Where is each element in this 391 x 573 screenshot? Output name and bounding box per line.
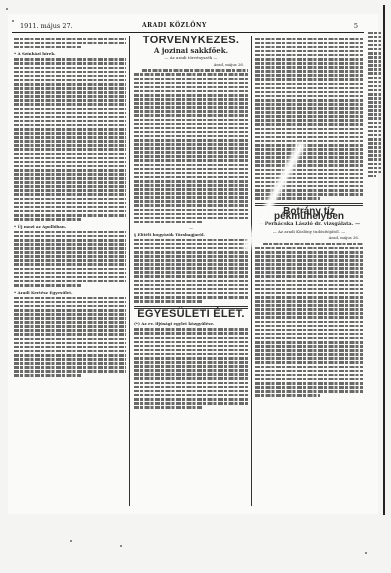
text-line: [134, 204, 248, 207]
text-line: [368, 138, 381, 141]
text-line: [255, 74, 363, 77]
text-line: [14, 189, 126, 192]
text-line: [14, 263, 126, 266]
text-line: [134, 155, 248, 158]
text-line: [255, 267, 363, 270]
text-line: [134, 180, 248, 183]
text-line: [255, 177, 363, 180]
text-line: [14, 366, 126, 369]
text-line: [134, 102, 248, 105]
text-line: [368, 122, 381, 125]
text-line: [255, 156, 363, 159]
article-body: [14, 58, 126, 220]
text-line: [368, 64, 381, 67]
text-line: [255, 378, 363, 381]
text-line: [255, 46, 363, 49]
text-line: [14, 58, 126, 61]
text-line: [14, 231, 126, 234]
text-line: [255, 185, 363, 188]
text-line: [255, 292, 363, 295]
article-body: [134, 328, 248, 408]
text-line: [134, 402, 248, 405]
text-line: [134, 127, 248, 130]
text-line: [255, 91, 363, 94]
text-line: [134, 119, 248, 122]
text-line: [14, 235, 126, 238]
article-title: * A Színházi hírek.: [14, 51, 126, 57]
text-line: [255, 357, 363, 360]
text-line: [134, 263, 248, 266]
text-line: [255, 353, 363, 356]
text-line: [368, 163, 381, 166]
text-line: [14, 276, 126, 279]
text-line: [134, 172, 248, 175]
text-line: [14, 169, 126, 172]
text-line: [14, 153, 126, 156]
text-line: [134, 192, 248, 195]
text-line: [368, 52, 381, 55]
text-line: [255, 251, 363, 254]
article-dateline: Arad, május 26.: [255, 235, 359, 241]
text-line: [134, 328, 248, 331]
text-line: [255, 374, 363, 377]
text-line: [368, 93, 381, 96]
text-line: [255, 382, 363, 385]
text-line: [134, 114, 248, 117]
text-line: [368, 89, 381, 92]
text-line: [14, 198, 126, 201]
article-body: [134, 69, 248, 223]
text-line: [255, 107, 363, 110]
text-line: [368, 72, 381, 75]
article-body: [255, 38, 363, 200]
text-line: [255, 132, 363, 135]
text-line: [14, 177, 126, 180]
article-body: [134, 239, 248, 303]
text-line: [255, 148, 363, 151]
text-line: [134, 98, 248, 101]
text-line: [134, 213, 248, 216]
text-line: [14, 321, 126, 324]
text-line: [134, 337, 248, 340]
text-line: [14, 112, 126, 115]
text-line: [134, 110, 248, 113]
text-line: [255, 164, 363, 167]
text-line: [134, 196, 248, 199]
text-line: [255, 189, 363, 192]
text-line: [14, 202, 126, 205]
text-line: [255, 341, 363, 344]
text-line: [255, 370, 363, 373]
article-body: [14, 297, 126, 377]
text-line: [368, 85, 381, 88]
text-line: [14, 140, 126, 143]
text-line: [368, 101, 381, 104]
text-line: [14, 358, 126, 361]
text-line: [14, 120, 126, 123]
article-title: (*) Az ev. ifjúsági egylet közgyűlése.: [134, 321, 248, 327]
text-line: [255, 333, 363, 336]
text-line: [14, 210, 126, 213]
text-line: [255, 66, 363, 69]
text-line: [134, 357, 248, 360]
text-line: [368, 109, 381, 112]
text-line: [255, 321, 363, 324]
text-line: [255, 87, 363, 90]
page-header: 1911. május 27. ARADI KÖZLÖNY 5: [12, 20, 364, 33]
text-line: [255, 390, 363, 393]
text-line: [255, 284, 363, 287]
text-line: [134, 159, 248, 162]
text-line: [255, 103, 363, 106]
text-line: [255, 275, 363, 278]
text-line: [134, 382, 248, 385]
text-line: [255, 58, 363, 61]
text-line: [14, 362, 126, 365]
article-title: * Aradi Kertész Egyesület.: [14, 290, 126, 296]
text-line: [14, 157, 126, 160]
text-line: [134, 296, 248, 299]
text-line: [14, 108, 126, 111]
page-number: 5: [354, 22, 358, 30]
text-line: [134, 406, 202, 409]
text-line: [14, 91, 126, 94]
text-line: [134, 247, 248, 250]
text-line: [134, 139, 248, 142]
text-line: [368, 68, 381, 71]
text-line: [255, 160, 363, 163]
text-line: [255, 111, 363, 114]
text-line: [368, 142, 381, 145]
text-line: [14, 305, 126, 308]
text-line: [134, 147, 248, 150]
text-line: [134, 94, 248, 97]
text-line: [14, 243, 126, 246]
column-1: * A Színházi hírek.* Új mozi az Apollóba…: [14, 36, 126, 511]
text-line: [255, 337, 363, 340]
text-line: [134, 332, 248, 335]
text-line: [14, 103, 126, 106]
text-line: [14, 144, 126, 147]
text-line: [263, 243, 363, 246]
text-line: [14, 280, 126, 283]
text-line: [368, 134, 381, 137]
article-subtitle: — Az aradi törvényszék —: [134, 55, 248, 61]
text-line: [255, 259, 363, 262]
text-line: [255, 136, 363, 139]
text-line: [14, 161, 126, 164]
text-line: [14, 46, 81, 49]
text-line: [14, 87, 126, 90]
article-title: A jozinai sakkfőek.: [134, 48, 248, 54]
text-line: [134, 82, 248, 85]
text-line: [255, 366, 363, 369]
text-line: [14, 71, 126, 74]
text-line: [368, 48, 381, 51]
text-line: [14, 313, 126, 316]
text-line: [255, 78, 363, 81]
article-body: [14, 231, 126, 287]
text-line: [14, 354, 126, 357]
text-line: [14, 136, 126, 139]
text-line: [255, 144, 363, 147]
text-line: [14, 272, 126, 275]
text-line: [14, 251, 126, 254]
column-3: Botrány tíz pékműhelyben — Perhácska Lás…: [255, 36, 363, 496]
headline-subtitle: — Perhácska László dr. vizsgálata. —: [255, 222, 363, 228]
text-line: [255, 70, 363, 73]
text-line: [14, 239, 126, 242]
text-line: [14, 79, 126, 82]
text-line: [368, 175, 376, 178]
text-line: [368, 130, 381, 133]
text-line: [255, 345, 363, 348]
text-line: [14, 317, 126, 320]
text-line: [134, 239, 248, 242]
text-line: [14, 95, 126, 98]
text-line: [368, 146, 381, 149]
text-line: [14, 62, 126, 65]
newspaper-title: ARADI KÖZLÖNY: [142, 22, 207, 29]
text-line: [134, 365, 248, 368]
text-line: [255, 38, 363, 41]
text-line: [134, 217, 248, 220]
text-line: [14, 99, 126, 102]
text-line: [14, 83, 126, 86]
text-line: [255, 140, 363, 143]
column-2: TÖRVÉNYKEZÉS. A jozinai sakkfőek. — Az a…: [134, 36, 248, 501]
text-line: [134, 377, 248, 380]
text-line: [134, 275, 248, 278]
text-line: [255, 197, 320, 200]
text-line: [14, 116, 126, 119]
text-line: [255, 115, 363, 118]
text-line: [134, 373, 248, 376]
text-line: [134, 188, 248, 191]
text-line: [134, 369, 248, 372]
text-line: [255, 349, 363, 352]
text-line: [134, 168, 248, 171]
text-line: [368, 44, 381, 47]
text-line: [368, 36, 381, 39]
page-edge: [383, 5, 385, 515]
text-line: [255, 280, 363, 283]
text-line: [255, 95, 363, 98]
text-line: [255, 247, 363, 250]
text-line: [14, 284, 81, 287]
text-line: [368, 158, 381, 161]
text-line: [255, 394, 320, 397]
text-line: [14, 370, 126, 373]
text-line: [134, 209, 248, 212]
text-line: [14, 173, 126, 176]
text-line: [368, 81, 381, 84]
text-line: [134, 271, 248, 274]
adjacent-page-strip: [368, 30, 381, 230]
text-line: [134, 386, 248, 389]
issue-date: 1911. május 27.: [20, 22, 73, 30]
text-line: [134, 288, 248, 291]
article-body: [255, 243, 363, 397]
text-line: [14, 309, 126, 312]
text-line: [255, 83, 363, 86]
text-line: [14, 346, 126, 349]
text-line: [255, 312, 363, 315]
text-line: [14, 297, 126, 300]
text-line: [368, 97, 381, 100]
text-line: [255, 300, 363, 303]
text-line: [368, 56, 381, 59]
text-line: [14, 338, 126, 341]
text-line: [255, 386, 363, 389]
text-line: [14, 333, 126, 336]
text-line: [134, 251, 248, 254]
text-line: [134, 243, 248, 246]
text-line: [255, 193, 363, 196]
text-line: [134, 151, 248, 154]
text-line: [14, 259, 126, 262]
text-line: [134, 341, 248, 344]
text-line: [134, 78, 248, 81]
text-line: [134, 164, 248, 167]
text-line: [14, 374, 81, 377]
text-line: [134, 353, 248, 356]
text-line: [134, 284, 248, 287]
text-line: [134, 86, 248, 89]
text-line: [14, 325, 126, 328]
text-line: [134, 221, 202, 224]
text-line: [255, 42, 363, 45]
text-line: [134, 73, 248, 76]
text-line: [14, 75, 126, 78]
text-line: [368, 105, 381, 108]
text-line: [134, 90, 248, 93]
text-line: [368, 126, 381, 129]
text-line: [255, 316, 363, 319]
text-line: [255, 173, 363, 176]
text-line: [14, 350, 126, 353]
article-title: § Elítélt bogyózók Tözsbagjaról.: [134, 232, 248, 238]
text-line: [134, 259, 248, 262]
text-line: [255, 99, 363, 102]
text-line: [255, 119, 363, 122]
text-line: [255, 128, 363, 131]
text-line: [255, 62, 363, 65]
text-line: [134, 345, 248, 348]
text-line: [368, 171, 381, 174]
text-line: [14, 165, 126, 168]
text-line: [134, 106, 248, 109]
text-line: [14, 132, 126, 135]
text-line: [255, 169, 363, 172]
text-line: [134, 349, 248, 352]
text-line: [134, 135, 248, 138]
text-line: [134, 292, 248, 295]
text-line: [14, 185, 126, 188]
text-line: [14, 148, 126, 151]
text-line: [134, 267, 248, 270]
text-line: [14, 124, 126, 127]
text-line: [255, 361, 363, 364]
text-line: [255, 271, 363, 274]
text-line: [142, 69, 248, 72]
text-line: [255, 329, 363, 332]
text-line: [134, 200, 248, 203]
text-line: [255, 152, 363, 155]
text-line: [14, 67, 126, 70]
headline-botrany: Botrány tíz pékműhelyben: [255, 209, 363, 220]
text-line: [134, 184, 248, 187]
text-line: [14, 255, 126, 258]
article-note: — Az aradi Közlöny tudósítójától. —: [255, 229, 363, 235]
text-line: [14, 193, 126, 196]
text-line: [368, 113, 381, 116]
text-line: [134, 280, 248, 283]
article-dateline: Arad, május 26.: [134, 62, 244, 68]
text-line: [14, 42, 126, 45]
text-line: [134, 390, 248, 393]
text-line: [14, 38, 126, 41]
section-title-egyesuleti-elet: EGYESÜLETI ÉLET.: [134, 312, 248, 318]
text-line: [134, 176, 248, 179]
text-line: [368, 154, 381, 157]
text-line: [255, 304, 363, 307]
text-line: [134, 131, 248, 134]
text-line: [255, 255, 363, 258]
section-title-torvenykezes: TÖRVÉNYKEZÉS.: [134, 38, 248, 44]
column-divider: [129, 36, 130, 506]
text-line: [255, 181, 363, 184]
text-line: [14, 329, 126, 332]
text-line: [14, 301, 126, 304]
text-line: [255, 54, 363, 57]
text-line: [368, 40, 381, 43]
divider-mark: —: [134, 225, 248, 231]
article-title: * Új mozi az Apollóban.: [14, 224, 126, 230]
text-line: [134, 394, 248, 397]
text-line: [255, 123, 363, 126]
text-line: [14, 181, 126, 184]
text-line: [255, 263, 363, 266]
text-line: [14, 268, 126, 271]
text-line: [368, 150, 381, 153]
text-line: [14, 128, 126, 131]
text-line: [368, 77, 381, 80]
text-line: [14, 342, 126, 345]
text-line: [368, 60, 381, 63]
text-line: [255, 296, 363, 299]
text-line: [255, 308, 363, 311]
column-divider: [251, 36, 252, 506]
text-line: [255, 325, 363, 328]
text-line: [368, 117, 381, 120]
text-line: [14, 218, 81, 221]
text-line: [134, 123, 248, 126]
text-line: [14, 247, 126, 250]
text-line: [134, 255, 248, 258]
text-line: [255, 50, 363, 53]
text-line: [134, 300, 202, 303]
text-line: [14, 206, 126, 209]
text-line: [255, 288, 363, 291]
text-line: [14, 214, 126, 217]
text-line: [368, 167, 381, 170]
text-line: [134, 361, 248, 364]
text-line: [368, 32, 381, 35]
text-line: [134, 398, 248, 401]
text-line: [134, 143, 248, 146]
